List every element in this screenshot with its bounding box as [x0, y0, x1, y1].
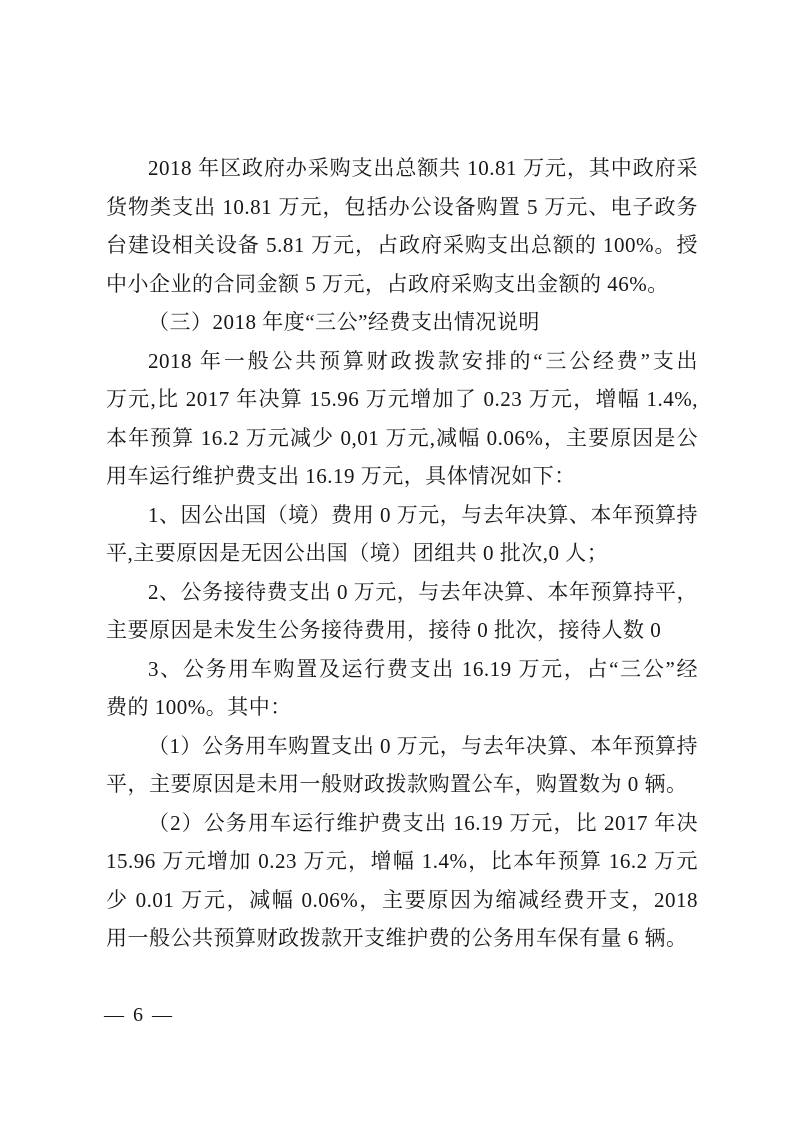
- page-number: — 6 —: [104, 1000, 174, 1030]
- text-line: 15.96 万元增加 0.23 万元，增幅 1.4%，比本年预算 16.2 万元…: [106, 842, 698, 881]
- text-line: 万元,比 2017 年决算 15.96 万元增加了 0.23 万元，增幅 1.4…: [106, 380, 698, 419]
- text-line: 1、因公出国（境）费用 0 万元，与去年决算、本年预算持: [106, 496, 698, 535]
- item-3-official-vehicles-paragraph: 3、公务用车购置及运行费支出 16.19 万元，占“三公”经费的 100%。其中…: [106, 650, 698, 727]
- text-line: 平,主要原因是无因公出国（境）团组共 0 批次,0 人；: [106, 534, 698, 573]
- text-line: 费的 100%。其中：: [106, 688, 698, 727]
- text-line: 货物类支出 10.81 万元，包括办公设备购置 5 万元、电子政务平: [106, 188, 698, 227]
- item-3-1-vehicle-purchase-paragraph: （1）公务用车购置支出 0 万元，与去年决算、本年预算持平，主要原因是未用一般财…: [106, 727, 698, 804]
- section-heading-three-public-funds: （三）2018 年度“三公”经费支出情况说明: [106, 303, 698, 342]
- text-line: 用一般公共预算财政拨款开支维护费的公务用车保有量 6 辆。: [106, 919, 698, 958]
- text-line: 2018 年一般公共预算财政拨款安排的“三公经费”支出 16.19: [106, 342, 698, 381]
- item-1-overseas-travel-paragraph: 1、因公出国（境）费用 0 万元，与去年决算、本年预算持平,主要原因是无因公出国…: [106, 496, 698, 573]
- procurement-summary-paragraph: 2018 年区政府办采购支出总额共 10.81 万元，其中政府采购货物类支出 1…: [106, 149, 698, 303]
- text-line: 台建设相关设备 5.81 万元，占政府采购支出总额的 100%。授予: [106, 226, 698, 265]
- text-line: 少 0.01 万元，减幅 0.06%，主要原因为缩减经费开支，2018 年使: [106, 881, 698, 920]
- text-line: （1）公务用车购置支出 0 万元，与去年决算、本年预算持: [106, 727, 698, 766]
- text-line: 平，主要原因是未用一般财政拨款购置公车，购置数为 0 辆。: [106, 765, 698, 804]
- text-line: （2）公务用车运行维护费支出 16.19 万元，比 2017 年决算: [106, 804, 698, 843]
- text-line: 2018 年区政府办采购支出总额共 10.81 万元，其中政府采购: [106, 149, 698, 188]
- text-line: 2、公务接待费支出 0 万元，与去年决算、本年预算持平，: [106, 573, 698, 612]
- text-line: （三）2018 年度“三公”经费支出情况说明: [106, 303, 698, 342]
- three-public-funds-overview-paragraph: 2018 年一般公共预算财政拨款安排的“三公经费”支出 16.19万元,比 20…: [106, 342, 698, 496]
- text-line: 中小企业的合同金额 5 万元，占政府采购支出金额的 46%。: [106, 265, 698, 304]
- item-2-official-reception-paragraph: 2、公务接待费支出 0 万元，与去年决算、本年预算持平，主要原因是未发生公务接待…: [106, 573, 698, 650]
- text-line: 3、公务用车购置及运行费支出 16.19 万元，占“三公”经: [106, 650, 698, 689]
- text-line: 用车运行维护费支出 16.19 万元，具体情况如下：: [106, 457, 698, 496]
- text-line: 本年预算 16.2 万元减少 0,01 万元,减幅 0.06%，主要原因是公务: [106, 419, 698, 458]
- document-body: 2018 年区政府办采购支出总额共 10.81 万元，其中政府采购货物类支出 1…: [106, 149, 698, 958]
- item-3-2-vehicle-maintenance-paragraph: （2）公务用车运行维护费支出 16.19 万元，比 2017 年决算15.96 …: [106, 804, 698, 958]
- document-page: 2018 年区政府办采购支出总额共 10.81 万元，其中政府采购货物类支出 1…: [0, 0, 793, 1122]
- text-line: 主要原因是未发生公务接待费用，接待 0 批次，接待人数 0 人；: [106, 611, 698, 650]
